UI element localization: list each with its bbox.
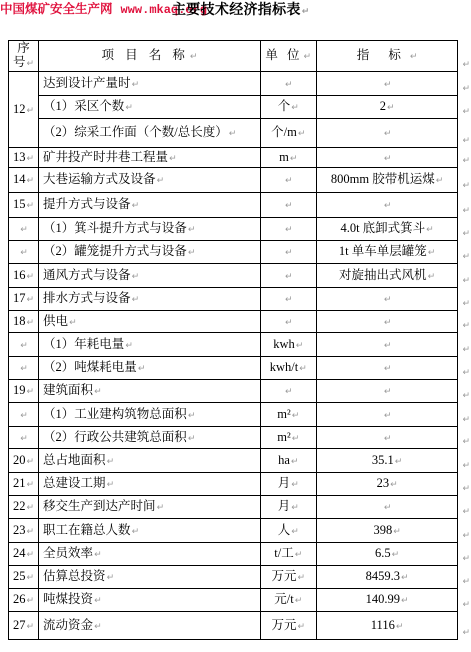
paragraph-mark-icon: ↵: [401, 596, 409, 606]
table-row: ↵（1）年耗电量↵kwh↵↵↵: [9, 333, 471, 357]
unit-cell: ↵: [260, 288, 316, 311]
row-number-cell-text: 18: [13, 314, 26, 328]
paragraph-mark-icon: ↵: [298, 129, 306, 139]
item-name-cell-text: （1）采区个数: [43, 99, 124, 113]
unit-cell: 月↵: [260, 496, 316, 519]
paragraph-mark-icon: ↵: [462, 276, 470, 286]
paragraph-mark-icon: ↵: [292, 411, 300, 421]
value-cell: 1t 单车单层罐笼↵: [316, 241, 458, 264]
unit-cell: m²↵: [260, 403, 316, 427]
row-end-mark: ↵: [458, 589, 471, 612]
item-name-cell: （2）吨煤耗电量↵: [39, 357, 261, 380]
table-row: ↵（1）箕斗提升方式与设备↵↵4.0t 底卸式箕斗↵↵: [9, 218, 471, 241]
item-name-cell: 估算总投资↵: [39, 566, 261, 589]
row-number-cell: 27↵: [9, 612, 39, 640]
row-number-cell-text: 12: [13, 102, 26, 116]
item-name-cell-text: 达到设计产量时: [43, 76, 131, 90]
paragraph-mark-icon: ↵: [188, 225, 196, 235]
paragraph-mark-icon: ↵: [132, 201, 140, 211]
paragraph-mark-icon: ↵: [157, 176, 165, 186]
header-number: 序 号↵: [9, 41, 39, 72]
unit-cell: ↵: [260, 193, 316, 218]
paragraph-mark-icon: ↵: [384, 341, 392, 351]
item-name-cell-text: （2）行政公共建筑总面积: [43, 430, 187, 444]
row-end-mark: ↵: [458, 473, 471, 496]
paragraph-mark-icon: ↵: [285, 80, 293, 90]
row-end-mark: ↵: [458, 543, 471, 566]
paragraph-mark-icon: ↵: [462, 507, 470, 517]
value-cell: 1116↵: [316, 612, 458, 640]
paragraph-mark-icon: ↵: [188, 434, 196, 444]
header-item-label: 项 目 名 称: [101, 48, 188, 62]
paragraph-mark-icon: ↵: [94, 387, 102, 397]
unit-cell-text: 元/t: [274, 592, 293, 606]
paragraph-mark-icon: ↵: [69, 318, 77, 328]
item-name-cell: 流动资金↵: [39, 612, 261, 640]
unit-cell-text: m: [279, 150, 289, 164]
unit-cell: ↵: [260, 218, 316, 241]
row-number-cell: 19↵: [9, 380, 39, 403]
value-cell: 800mm 胶带机运煤↵: [316, 168, 458, 193]
row-number-cell: 16↵: [9, 264, 39, 288]
row-end-mark: ↵: [458, 519, 471, 543]
value-cell-text: 35.1: [372, 453, 394, 467]
unit-cell-text: 月: [278, 476, 291, 490]
paragraph-mark-icon: ↵: [157, 503, 165, 513]
paragraph-mark-icon: ↵: [132, 295, 140, 305]
paragraph-mark-icon: ↵: [94, 550, 102, 560]
paragraph-mark-icon: ↵: [384, 318, 392, 328]
paragraph-mark-icon: ↵: [20, 341, 28, 351]
table-row: 16↵通风方式与设备↵↵对旋抽出式风机↵↵: [9, 264, 471, 288]
row-number-cell-text: 22: [13, 499, 26, 513]
paragraph-mark-icon: ↵: [132, 80, 140, 90]
paragraph-mark-icon: ↵: [107, 573, 115, 583]
item-name-cell-text: （1）年耗电量: [43, 337, 124, 351]
unit-cell: 个↵: [260, 96, 316, 119]
paragraph-mark-icon: ↵: [132, 272, 140, 282]
header-unit-label: 单 位: [265, 48, 302, 62]
unit-cell: kwh↵: [260, 333, 316, 357]
value-cell-text: 6.5: [375, 546, 391, 560]
paragraph-mark-icon: ↵: [169, 154, 177, 164]
table-row: 17↵排水方式与设备↵↵↵↵: [9, 288, 471, 311]
paragraph-mark-icon: ↵: [384, 503, 392, 513]
row-end-mark: ↵: [458, 96, 471, 119]
unit-cell-text: kwh/t: [270, 360, 298, 374]
paragraph-mark-icon: ↵: [462, 368, 470, 378]
paragraph-mark-icon: ↵: [393, 527, 401, 537]
paragraph-mark-icon: ↵: [384, 129, 392, 139]
header-item-name: 项 目 名 称↵: [39, 41, 261, 72]
header-value-label: 指 标: [357, 48, 409, 62]
paragraph-mark-icon: ↵: [27, 106, 35, 116]
row-number-cell: ↵: [9, 333, 39, 357]
table-row: 25↵估算总投资↵万元↵8459.3↵↵: [9, 566, 471, 589]
unit-cell: m↵: [260, 148, 316, 168]
paragraph-mark-icon: ↵: [27, 503, 35, 513]
item-name-cell: 通风方式与设备↵: [39, 264, 261, 288]
row-end-mark: ↵: [458, 612, 471, 640]
paragraph-mark-icon: ↵: [296, 341, 304, 351]
item-name-cell: 供电↵: [39, 311, 261, 333]
paragraph-mark-icon: ↵: [292, 434, 300, 444]
watermark-site-name: 中国煤矿安全生产网: [0, 2, 113, 16]
paragraph-mark-icon: ↵: [291, 103, 299, 113]
paragraph-mark-icon: ↵: [302, 7, 310, 17]
item-name-cell: （1）工业建构筑物总面积↵: [39, 403, 261, 427]
unit-cell: ↵: [260, 72, 316, 96]
table-row: 12↵达到设计产量时↵↵↵↵: [9, 72, 471, 96]
paragraph-mark-icon: ↵: [428, 272, 436, 282]
item-name-cell-text: 供电: [43, 314, 68, 328]
item-name-cell-text: 提升方式与设备: [43, 197, 131, 211]
table-row: （2）综采工作面（个数/总长度）↵个/m↵↵↵: [9, 119, 471, 148]
row-number-cell: 21↵: [9, 473, 39, 496]
value-cell: 2↵: [316, 96, 458, 119]
paragraph-mark-icon: ↵: [27, 596, 35, 606]
paragraph-mark-icon: ↵: [462, 554, 470, 564]
table-row: 13↵矿井投产时井巷工程量↵m↵↵↵: [9, 148, 471, 168]
paragraph-mark-icon: ↵: [188, 248, 196, 258]
paragraph-mark-icon: ↵: [436, 176, 444, 186]
item-name-cell: 建筑面积↵: [39, 380, 261, 403]
item-name-cell: 吨煤投资↵: [39, 589, 261, 612]
paragraph-mark-icon: ↵: [27, 295, 35, 305]
paragraph-mark-icon: ↵: [462, 345, 470, 355]
table-row: 19↵建筑面积↵↵↵↵: [9, 380, 471, 403]
unit-cell: m²↵: [260, 427, 316, 449]
paragraph-mark-icon: ↵: [107, 457, 115, 467]
item-name-cell-text: （1）工业建构筑物总面积: [43, 407, 187, 421]
value-cell-text: 对旋抽出式风机: [339, 268, 427, 282]
unit-cell-text: 个/m: [271, 125, 297, 139]
row-number-cell-text: 16: [13, 268, 26, 282]
item-name-cell-text: 吨煤投资: [43, 592, 93, 606]
item-name-cell: 大巷运输方式及设备↵: [39, 168, 261, 193]
paragraph-mark-icon: ↵: [125, 103, 133, 113]
value-cell: 35.1↵: [316, 449, 458, 473]
row-number-cell: 13↵: [9, 148, 39, 168]
row-number-cell-text: 15: [13, 197, 26, 211]
unit-cell: 个/m↵: [260, 119, 316, 148]
paragraph-mark-icon: ↵: [462, 136, 470, 146]
paragraph-mark-icon: ↵: [462, 600, 470, 610]
table-row: 24↵全员效率↵t/工↵6.5↵↵: [9, 543, 471, 566]
unit-cell: ↵: [260, 264, 316, 288]
table-row: 15↵提升方式与设备↵↵↵↵: [9, 193, 471, 218]
value-cell: ↵: [316, 333, 458, 357]
paragraph-mark-icon: ↵: [20, 411, 28, 421]
unit-cell: kwh/t↵: [260, 357, 316, 380]
paragraph-mark-icon: ↵: [295, 550, 303, 560]
row-number-cell: 25↵: [9, 566, 39, 589]
value-cell-text: 8459.3: [366, 569, 400, 583]
item-name-cell: （1）箕斗提升方式与设备↵: [39, 218, 261, 241]
paragraph-mark-icon: ↵: [107, 480, 115, 490]
paragraph-mark-icon: ↵: [462, 391, 470, 401]
document-title: 主要技术经济指标表↵: [172, 2, 310, 21]
value-cell: 8459.3↵: [316, 566, 458, 589]
paragraph-mark-icon: ↵: [462, 107, 470, 117]
value-cell: ↵: [316, 119, 458, 148]
table-row: ↵（2）吨煤耗电量↵kwh/t↵↵↵: [9, 357, 471, 380]
paragraph-mark-icon: ↵: [462, 229, 470, 239]
item-name-cell-text: 职工在籍总人数: [43, 523, 131, 537]
title-text: 主要技术经济指标表: [172, 3, 301, 18]
paragraph-mark-icon: ↵: [462, 461, 470, 471]
paragraph-mark-icon: ↵: [462, 321, 470, 331]
item-name-cell-text: 通风方式与设备: [43, 268, 131, 282]
item-name-cell-text: 排水方式与设备: [43, 291, 131, 305]
table-row: 14↵大巷运输方式及设备↵↵800mm 胶带机运煤↵↵: [9, 168, 471, 193]
table-row: 27↵流动资金↵万元↵1116↵↵: [9, 612, 471, 640]
paragraph-mark-icon: ↵: [27, 154, 35, 164]
paragraph-mark-icon: ↵: [462, 484, 470, 494]
paragraph-mark-icon: ↵: [285, 318, 293, 328]
unit-cell-text: kwh: [273, 337, 295, 351]
paragraph-mark-icon: ↵: [291, 457, 299, 467]
row-number-cell-text: 21: [13, 476, 26, 490]
table-header-row: 序 号↵ 项 目 名 称↵ 单 位↵ 指 标↵ ↵: [9, 41, 471, 72]
row-number-cell-text: 25: [13, 569, 26, 583]
paragraph-mark-icon: ↵: [20, 225, 28, 235]
row-end-mark: ↵: [458, 193, 471, 218]
paragraph-mark-icon: ↵: [285, 201, 293, 211]
value-cell: 23↵: [316, 473, 458, 496]
paragraph-mark-icon: ↵: [27, 176, 35, 186]
paragraph-mark-icon: ↵: [27, 573, 35, 583]
item-name-cell-text: 建筑面积: [43, 383, 93, 397]
header-value: 指 标↵: [316, 41, 458, 72]
paragraph-mark-icon: ↵: [27, 480, 35, 490]
paragraph-mark-icon: ↵: [410, 52, 418, 62]
table-row: 22↵移交生产到达产时间↵月↵↵↵: [9, 496, 471, 519]
row-number-cell: ↵: [9, 241, 39, 264]
value-cell: ↵: [316, 288, 458, 311]
paragraph-mark-icon: ↵: [384, 295, 392, 305]
value-cell-text: 1116: [371, 618, 395, 632]
unit-cell: t/工↵: [260, 543, 316, 566]
paragraph-mark-icon: ↵: [290, 154, 298, 164]
unit-cell: 元/t↵: [260, 589, 316, 612]
paragraph-mark-icon: ↵: [285, 225, 293, 235]
paragraph-mark-icon: ↵: [297, 573, 305, 583]
paragraph-mark-icon: ↵: [285, 295, 293, 305]
paragraph-mark-icon: ↵: [285, 387, 293, 397]
row-end-mark: ↵: [458, 333, 471, 357]
paragraph-mark-icon: ↵: [27, 550, 35, 560]
item-name-cell-text: 大巷运输方式及设备: [43, 172, 156, 186]
item-name-cell-text: 总建设工期: [43, 476, 106, 490]
item-name-cell: 移交生产到达产时间↵: [39, 496, 261, 519]
unit-cell: ↵: [260, 241, 316, 264]
row-number-cell-text: 27: [13, 618, 26, 632]
paragraph-mark-icon: ↵: [384, 411, 392, 421]
value-cell: ↵: [316, 311, 458, 333]
row-end-mark: ↵: [458, 168, 471, 193]
item-name-cell-text: 估算总投资: [43, 569, 106, 583]
row-end-mark: ↵: [458, 119, 471, 148]
item-name-cell: 排水方式与设备↵: [39, 288, 261, 311]
row-number-cell: ↵: [9, 357, 39, 380]
row-end-mark: ↵: [458, 380, 471, 403]
row-number-cell: 12↵: [9, 72, 39, 148]
value-cell-text: 140.99: [366, 592, 400, 606]
value-cell: ↵: [316, 193, 458, 218]
paragraph-mark-icon: ↵: [462, 181, 470, 191]
paragraph-mark-icon: ↵: [27, 527, 35, 537]
item-name-cell: 矿井投产时井巷工程量↵: [39, 148, 261, 168]
paragraph-mark-icon: ↵: [462, 299, 470, 309]
unit-cell-text: 人: [278, 523, 291, 537]
row-end-mark: ↵: [458, 403, 471, 427]
paragraph-mark-icon: ↵: [190, 52, 198, 62]
indicator-table: 序 号↵ 项 目 名 称↵ 单 位↵ 指 标↵ ↵ 12↵达到设计产量时↵↵↵↵…: [8, 40, 471, 640]
item-name-cell: 全员效率↵: [39, 543, 261, 566]
paragraph-mark-icon: ↵: [297, 622, 305, 632]
unit-cell: 万元↵: [260, 566, 316, 589]
unit-cell-text: ha: [278, 453, 290, 467]
unit-cell-text: t/工: [274, 546, 293, 560]
row-number-cell: 20↵: [9, 449, 39, 473]
paragraph-mark-icon: ↵: [27, 272, 35, 282]
value-cell: 6.5↵: [316, 543, 458, 566]
paragraph-mark-icon: ↵: [291, 527, 299, 537]
unit-cell: ha↵: [260, 449, 316, 473]
paragraph-mark-icon: ↵: [304, 52, 312, 62]
unit-cell-text: 万元: [271, 569, 296, 583]
paragraph-mark-icon: ↵: [295, 596, 303, 606]
paragraph-mark-icon: ↵: [291, 480, 299, 490]
unit-cell-text: m²: [277, 407, 290, 421]
paragraph-mark-icon: ↵: [27, 622, 35, 632]
row-end-mark: ↵: [458, 288, 471, 311]
paragraph-mark-icon: ↵: [285, 176, 293, 186]
paragraph-mark-icon: ↵: [426, 225, 434, 235]
item-name-cell-text: 流动资金: [43, 618, 93, 632]
value-cell: 140.99↵: [316, 589, 458, 612]
paragraph-mark-icon: ↵: [285, 272, 293, 282]
item-name-cell: 职工在籍总人数↵: [39, 519, 261, 543]
table-row: 21↵总建设工期↵月↵23↵↵: [9, 473, 471, 496]
unit-cell: 人↵: [260, 519, 316, 543]
table-row: 26↵吨煤投资↵元/t↵140.99↵↵: [9, 589, 471, 612]
paragraph-mark-icon: ↵: [384, 434, 392, 444]
item-name-cell: （2）行政公共建筑总面积↵: [39, 427, 261, 449]
value-cell: ↵: [316, 148, 458, 168]
value-cell-text: 800mm 胶带机运煤: [331, 172, 435, 186]
value-cell-text: 398: [373, 523, 392, 537]
value-cell: ↵: [316, 380, 458, 403]
value-cell-text: 2: [380, 99, 386, 113]
paragraph-mark-icon: ↵: [462, 206, 470, 216]
paragraph-mark-icon: ↵: [27, 457, 35, 467]
unit-cell-text: 个: [278, 99, 291, 113]
row-number-cell: 22↵: [9, 496, 39, 519]
table-row: ↵（1）工业建构筑物总面积↵m²↵↵↵: [9, 403, 471, 427]
item-name-cell: （1）采区个数↵: [39, 96, 261, 119]
item-name-cell: （2）罐笼提升方式与设备↵: [39, 241, 261, 264]
paragraph-mark-icon: ↵: [384, 387, 392, 397]
row-number-cell: ↵: [9, 427, 39, 449]
paragraph-mark-icon: ↵: [384, 154, 392, 164]
paragraph-mark-icon: ↵: [20, 248, 28, 258]
paragraph-mark-icon: ↵: [94, 596, 102, 606]
row-end-mark: ↵: [458, 241, 471, 264]
row-number-cell: 17↵: [9, 288, 39, 311]
paragraph-mark-icon: ↵: [462, 531, 470, 541]
paragraph-mark-icon: ↵: [387, 103, 395, 113]
paragraph-mark-icon: ↵: [27, 318, 35, 328]
row-end-mark: ↵: [458, 357, 471, 380]
paragraph-mark-icon: ↵: [27, 387, 35, 397]
paragraph-mark-icon: ↵: [20, 364, 28, 374]
row-number-cell-text: 24: [13, 546, 26, 560]
paragraph-mark-icon: ↵: [229, 129, 237, 139]
row-number-cell-text: 17: [13, 291, 26, 305]
item-name-cell-text: （1）箕斗提升方式与设备: [43, 221, 187, 235]
paragraph-mark-icon: ↵: [462, 577, 470, 587]
paragraph-mark-icon: ↵: [299, 364, 307, 374]
unit-cell-text: m²: [277, 430, 290, 444]
row-number-cell-text: 23: [13, 523, 26, 537]
paragraph-mark-icon: ↵: [94, 622, 102, 632]
item-name-cell-text: （2）吨煤耗电量: [43, 360, 137, 374]
row-end-mark: ↵: [458, 218, 471, 241]
table-row: （1）采区个数↵个↵2↵↵: [9, 96, 471, 119]
value-cell: ↵: [316, 357, 458, 380]
paragraph-mark-icon: ↵: [395, 457, 403, 467]
item-name-cell-text: 全员效率: [43, 546, 93, 560]
row-number-cell: 23↵: [9, 519, 39, 543]
table-body: 12↵达到设计产量时↵↵↵↵（1）采区个数↵个↵2↵↵（2）综采工作面（个数/总…: [9, 72, 471, 640]
unit-cell: ↵: [260, 168, 316, 193]
paragraph-mark-icon: ↵: [428, 248, 436, 258]
paragraph-mark-icon: ↵: [188, 411, 196, 421]
paragraph-mark-icon: ↵: [462, 437, 470, 447]
item-name-cell: （2）综采工作面（个数/总长度）↵: [39, 119, 261, 148]
row-number-cell: 14↵: [9, 168, 39, 193]
row-number-cell-text: 14: [13, 172, 26, 186]
value-cell: 4.0t 底卸式箕斗↵: [316, 218, 458, 241]
value-cell-text: 4.0t 底卸式箕斗: [340, 221, 425, 235]
table-row: 18↵供电↵↵↵↵: [9, 311, 471, 333]
item-name-cell: 达到设计产量时↵: [39, 72, 261, 96]
item-name-cell-text: 移交生产到达产时间: [43, 499, 156, 513]
item-name-cell: 提升方式与设备↵: [39, 193, 261, 218]
item-name-cell: 总占地面积↵: [39, 449, 261, 473]
paragraph-mark-icon: ↵: [462, 84, 470, 94]
value-cell-text: 23: [377, 476, 390, 490]
paragraph-mark-icon: ↵: [132, 527, 140, 537]
table-row: ↵（2）行政公共建筑总面积↵m²↵↵↵: [9, 427, 471, 449]
value-cell: ↵: [316, 496, 458, 519]
paragraph-mark-icon: ↵: [462, 415, 470, 425]
unit-cell: 月↵: [260, 473, 316, 496]
item-name-cell-text: 矿井投产时井巷工程量: [43, 150, 168, 164]
row-number-cell: 15↵: [9, 193, 39, 218]
paragraph-mark-icon: ↵: [27, 59, 35, 69]
row-number-cell: ↵: [9, 403, 39, 427]
table-row: ↵（2）罐笼提升方式与设备↵↵1t 单车单层罐笼↵↵: [9, 241, 471, 264]
unit-cell-text: 万元: [271, 618, 296, 632]
row-number-cell-text: 26: [13, 592, 26, 606]
value-cell: 398↵: [316, 519, 458, 543]
unit-cell: 万元↵: [260, 612, 316, 640]
paragraph-mark-icon: ↵: [20, 434, 28, 444]
item-name-cell: 总建设工期↵: [39, 473, 261, 496]
